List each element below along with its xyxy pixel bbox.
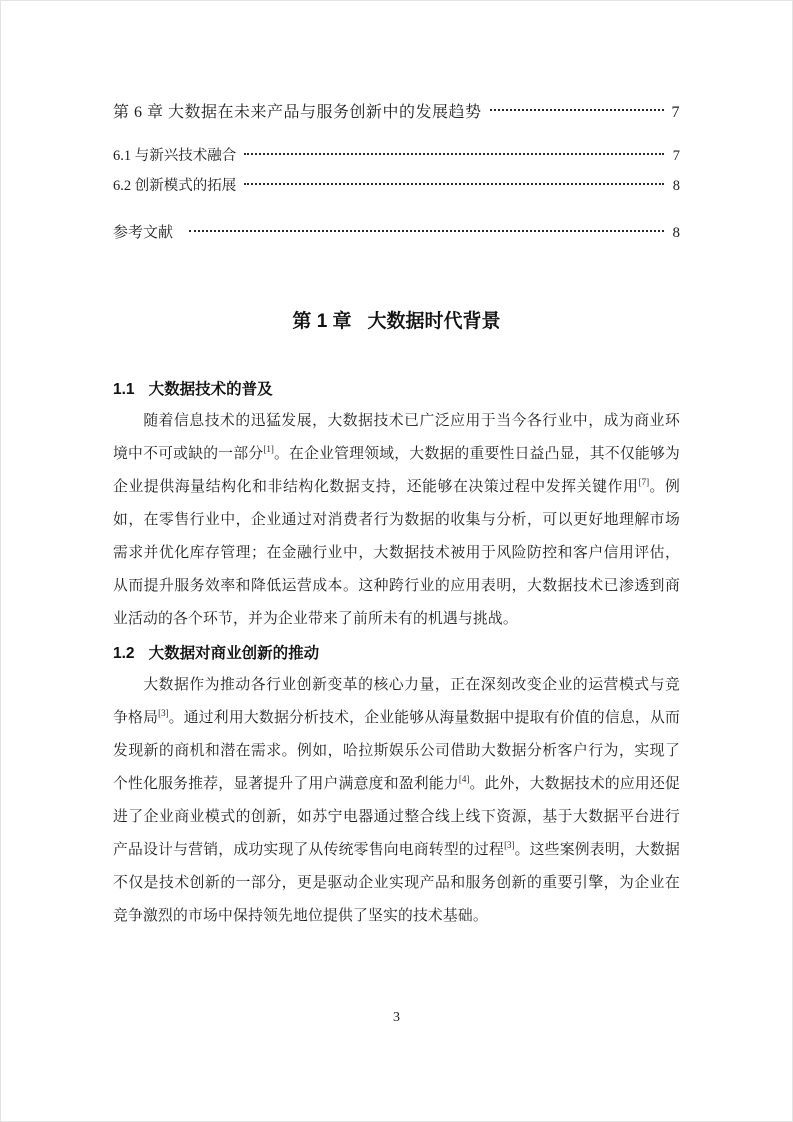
toc-leader-dots (175, 222, 666, 237)
citation-marker: [1] (263, 444, 274, 454)
chapter-title: 第 1 章大数据时代背景 (113, 307, 680, 337)
chapter-name: 大数据时代背景 (368, 311, 501, 332)
section-heading-1-1: 1.1 大数据技术的普及 (113, 377, 680, 403)
toc-entry: 6.1 与新兴技术融合7 (113, 145, 680, 167)
toc-entry-label: 第 6 章 大数据在未来产品与服务创新中的发展趋势 (113, 101, 482, 125)
toc-entry-page: 7 (668, 101, 680, 125)
toc-leader-dots (484, 101, 666, 117)
toc-entry: 6.2 创新模式的拓展8 (113, 175, 680, 197)
citation-marker: [4] (459, 774, 470, 784)
toc-entry: 第 6 章 大数据在未来产品与服务创新中的发展趋势7 (113, 101, 680, 125)
paragraph: 大数据作为推动各行业创新变革的核心力量，正在深刻改变企业的运营模式与竞争格局[3… (113, 669, 680, 933)
toc-leader-dots (238, 146, 666, 161)
citation-marker: [3] (158, 708, 169, 718)
citation-marker: [3] (504, 840, 515, 850)
toc-entry-label: 6.1 与新兴技术融合 (113, 145, 236, 167)
toc-entry-label: 参考文献 (113, 221, 173, 245)
chapter-number: 第 1 章 (292, 311, 351, 332)
toc-entry-label: 6.2 创新模式的拓展 (113, 175, 236, 197)
citation-marker: [7] (639, 477, 650, 487)
section-heading-1-2: 1.2 大数据对商业创新的推动 (113, 641, 680, 667)
paragraph: 随着信息技术的迅猛发展，大数据技术已广泛应用于当今各行业中，成为商业环境中不可或… (113, 405, 680, 636)
toc-leader-dots (238, 176, 666, 191)
section-number: 1.1 (113, 377, 135, 403)
document-page: 第 6 章 大数据在未来产品与服务创新中的发展趋势76.1 与新兴技术融合76.… (0, 0, 793, 1122)
table-of-contents: 第 6 章 大数据在未来产品与服务创新中的发展趋势76.1 与新兴技术融合76.… (113, 101, 680, 245)
section-title: 大数据技术的普及 (149, 377, 273, 403)
toc-entry: 参考文献8 (113, 221, 680, 245)
toc-entry-page: 8 (668, 175, 680, 197)
section-title: 大数据对商业创新的推动 (149, 641, 320, 667)
page-number: 3 (1, 1010, 792, 1026)
section-number: 1.2 (113, 641, 135, 667)
toc-entry-page: 8 (668, 221, 680, 245)
toc-entry-page: 7 (668, 145, 680, 167)
